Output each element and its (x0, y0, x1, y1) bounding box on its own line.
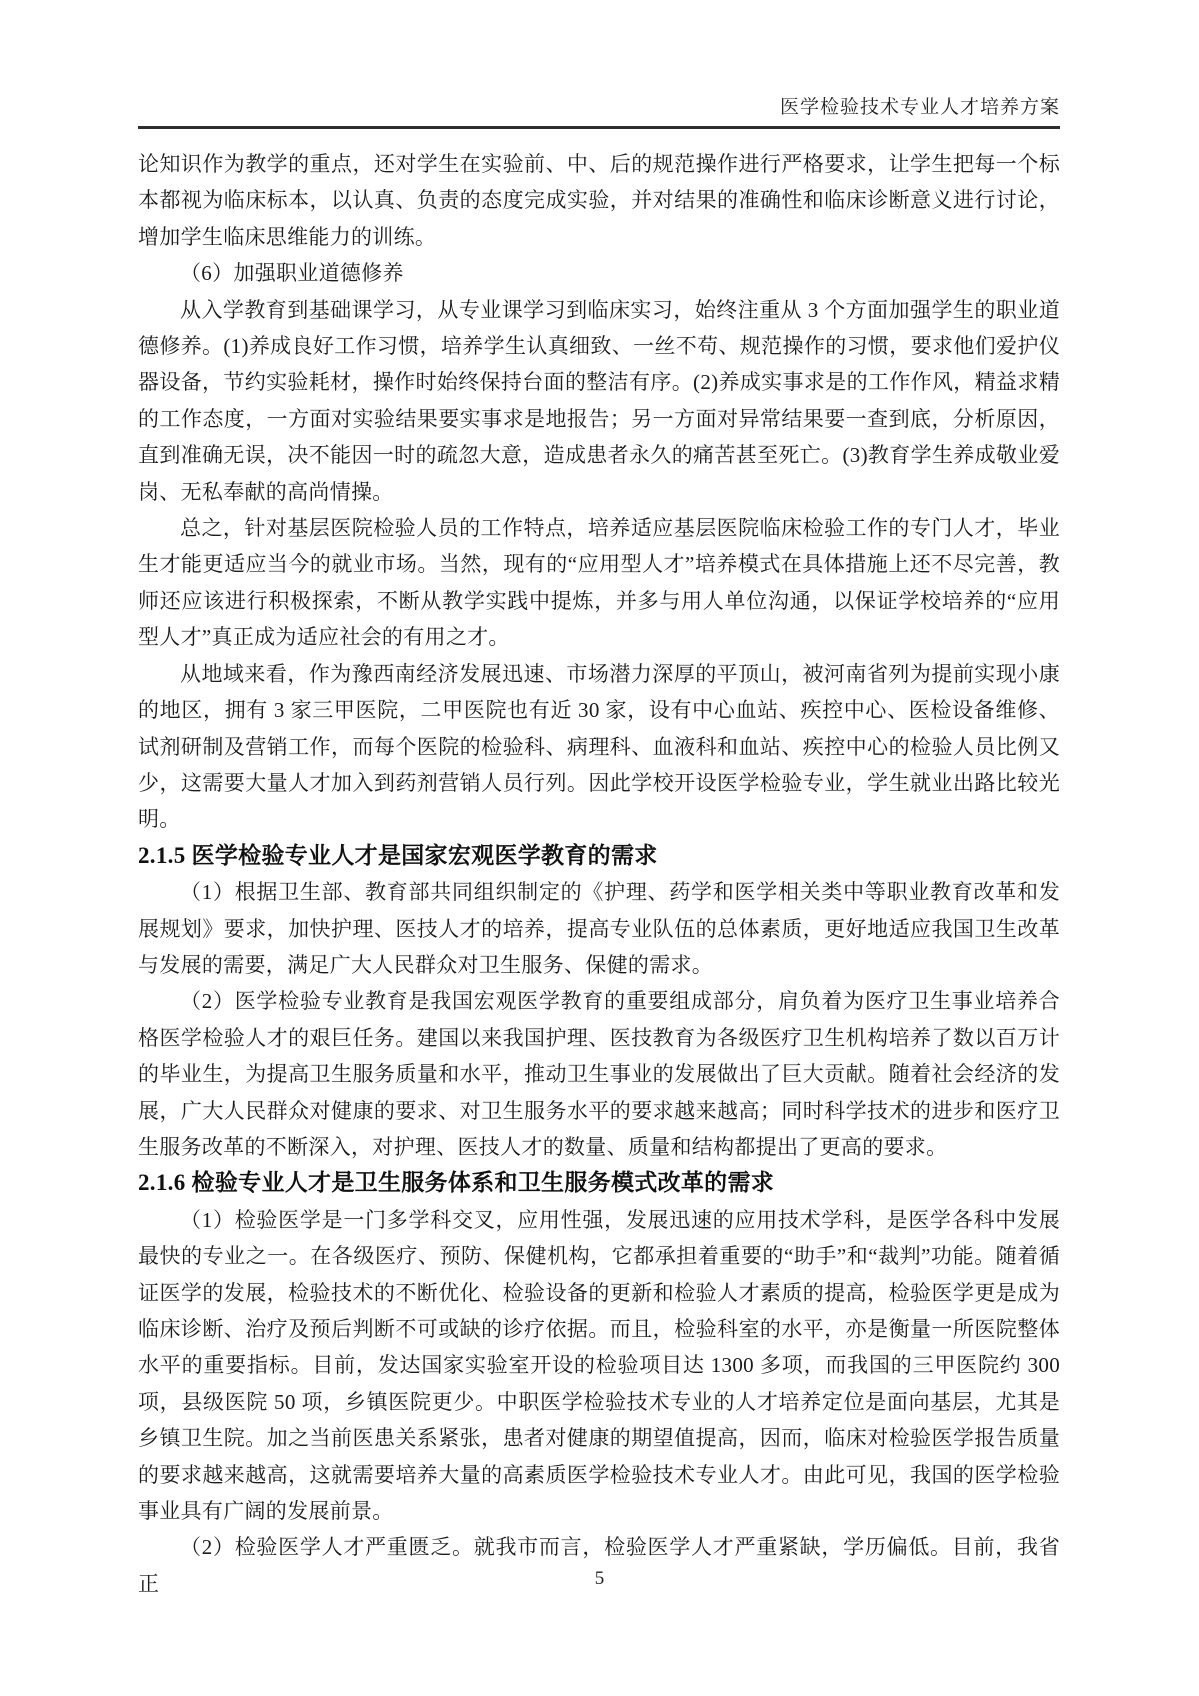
paragraph: （2）医学检验专业教育是我国宏观医学教育的重要组成部分，肩负着为医疗卫生事业培养… (138, 983, 1060, 1165)
paragraph: 从地域来看，作为豫西南经济发展迅速、市场潜力深厚的平顶山，被河南省列为提前实现小… (138, 656, 1060, 838)
paragraph: （2）检验医学人才严重匮乏。就我市而言，检验医学人才严重紧缺，学历偏低。目前，我… (138, 1529, 1060, 1602)
section-heading: 2.1.5 医学检验专业人才是国家宏观医学教育的需求 (138, 838, 1060, 874)
paragraph: （1）根据卫生部、教育部共同组织制定的《护理、药学和医学相关类中等职业教育改革和… (138, 874, 1060, 983)
page-number: 5 (595, 1568, 605, 1589)
paragraph: （6）加强职业道德修养 (138, 255, 1060, 291)
paragraph: 论知识作为教学的重点，还对学生在实验前、中、后的规范操作进行严格要求，让学生把每… (138, 146, 1060, 255)
header-title: 医学检验技术专业人才培养方案 (780, 97, 1060, 118)
paragraph: （1）检验医学是一门多学科交叉，应用性强，发展迅速的应用技术学科，是医学各科中发… (138, 1202, 1060, 1530)
paragraph: 从入学教育到基础课学习，从专业课学习到临床实习，始终注重从 3 个方面加强学生的… (138, 292, 1060, 510)
section-heading: 2.1.6 检验专业人才是卫生服务体系和卫生服务模式改革的需求 (138, 1165, 1060, 1201)
page-footer: 5 (0, 1568, 1199, 1590)
page-header: 医学检验技术专业人才培养方案 (138, 92, 1060, 129)
document-page: 医学检验技术专业人才培养方案 论知识作为教学的重点，还对学生在实验前、中、后的规… (0, 0, 1199, 1696)
document-body: 论知识作为教学的重点，还对学生在实验前、中、后的规范操作进行严格要求，让学生把每… (138, 146, 1060, 1602)
paragraph: 总之，针对基层医院检验人员的工作特点，培养适应基层医院临床检验工作的专门人才，毕… (138, 510, 1060, 656)
